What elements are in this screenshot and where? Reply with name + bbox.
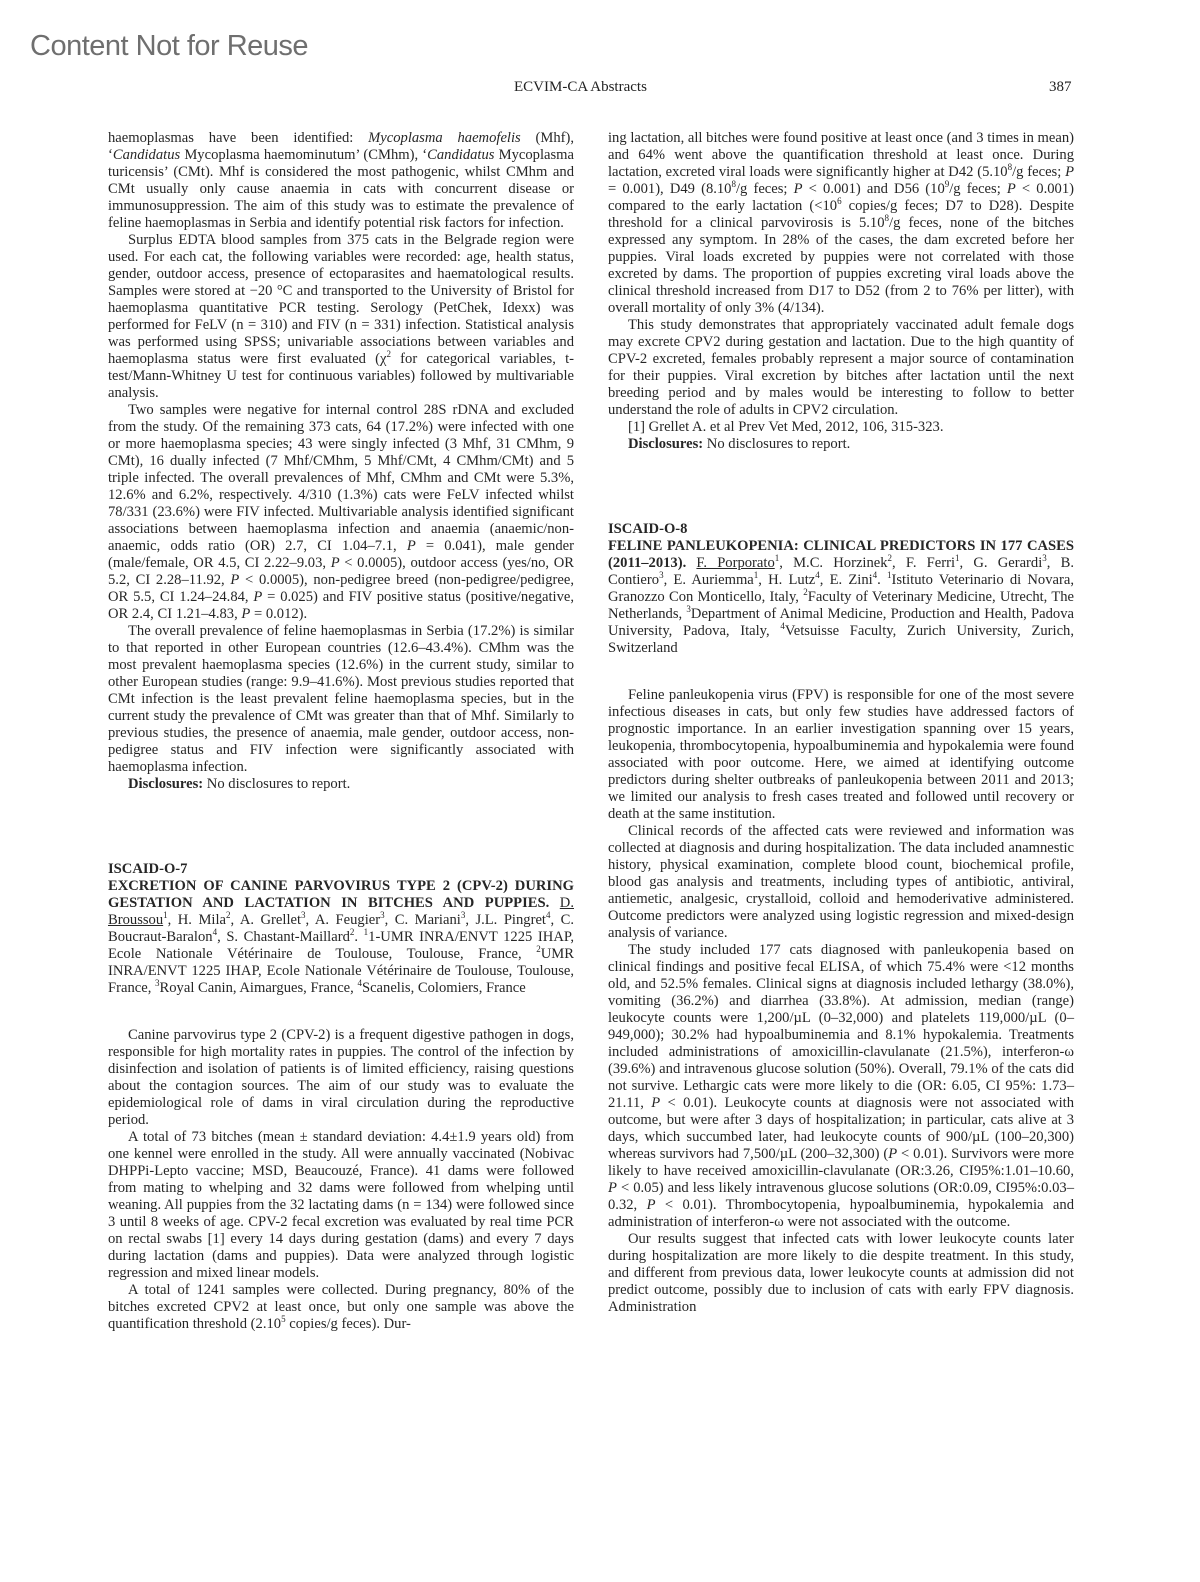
journal-title: ECVIM-CA Abstracts [514,79,647,96]
disclosures-text: No disclosures to report. [703,436,850,452]
right-column: ing lactation, all bitches were found po… [608,130,1074,1316]
disclosures-statement: Disclosures: No disclosures to report. [108,776,574,793]
abstract-paragraph: Our results suggest that infected cats w… [608,1231,1074,1316]
left-column: haemoplasmas have been identified: Mycop… [108,130,574,1333]
abstract-id: ISCAID-O-8 [608,521,1074,538]
abstract-paragraph: A total of 73 bitches (mean ± standard d… [108,1129,574,1282]
reference-1: [1] Grellet A. et al Prev Vet Med, 2012,… [608,419,1074,436]
abstract-paragraph: The study included 177 cats diagnosed wi… [608,942,1074,1231]
abstract-paragraph: A total of 1241 samples were collected. … [108,1282,574,1333]
paragraph-haemoplasma-intro: haemoplasmas have been identified: Mycop… [108,130,574,232]
abstract-iscaid-o8: ISCAID-O-8 FELINE PANLEUKOPENIA: CLINICA… [608,521,1074,1316]
paragraph-haemoplasma-results: Two samples were negative for internal c… [108,402,574,623]
disclosures-label: Disclosures: [628,436,703,452]
watermark: Content Not for Reuse [30,30,308,63]
abstract-id: ISCAID-O-7 [108,861,574,878]
abstract-paragraph: Clinical records of the affected cats we… [608,823,1074,942]
abstract-heading-authors: FELINE PANLEUKOPENIA: CLINICAL PREDICTOR… [608,538,1074,657]
abstract-iscaid-o7: ISCAID-O-7 EXCRETION OF CANINE PARVOVIRU… [108,861,574,1333]
presenting-author: F. Porporato [696,555,774,571]
paragraph-haemoplasma-methods: Surplus EDTA blood samples from 375 cats… [108,232,574,402]
abstract-heading-authors: EXCRETION OF CANINE PARVOVIRUS TYPE 2 (C… [108,878,574,997]
paragraph-cpv2-conclusion: This study demonstrates that appropriate… [608,317,1074,419]
page-number: 387 [1049,79,1072,96]
disclosures-text: No disclosures to report. [203,776,350,792]
disclosures-label: Disclosures: [128,776,203,792]
paragraph-cpv2-results: ing lactation, all bitches were found po… [608,130,1074,317]
abstract-paragraph: Canine parvovirus type 2 (CPV-2) is a fr… [108,1027,574,1129]
paragraph-haemoplasma-discussion: The overall prevalence of feline haemopl… [108,623,574,776]
abstract-paragraph: Feline panleukopenia virus (FPV) is resp… [608,687,1074,823]
disclosures-statement: Disclosures: No disclosures to report. [608,436,1074,453]
